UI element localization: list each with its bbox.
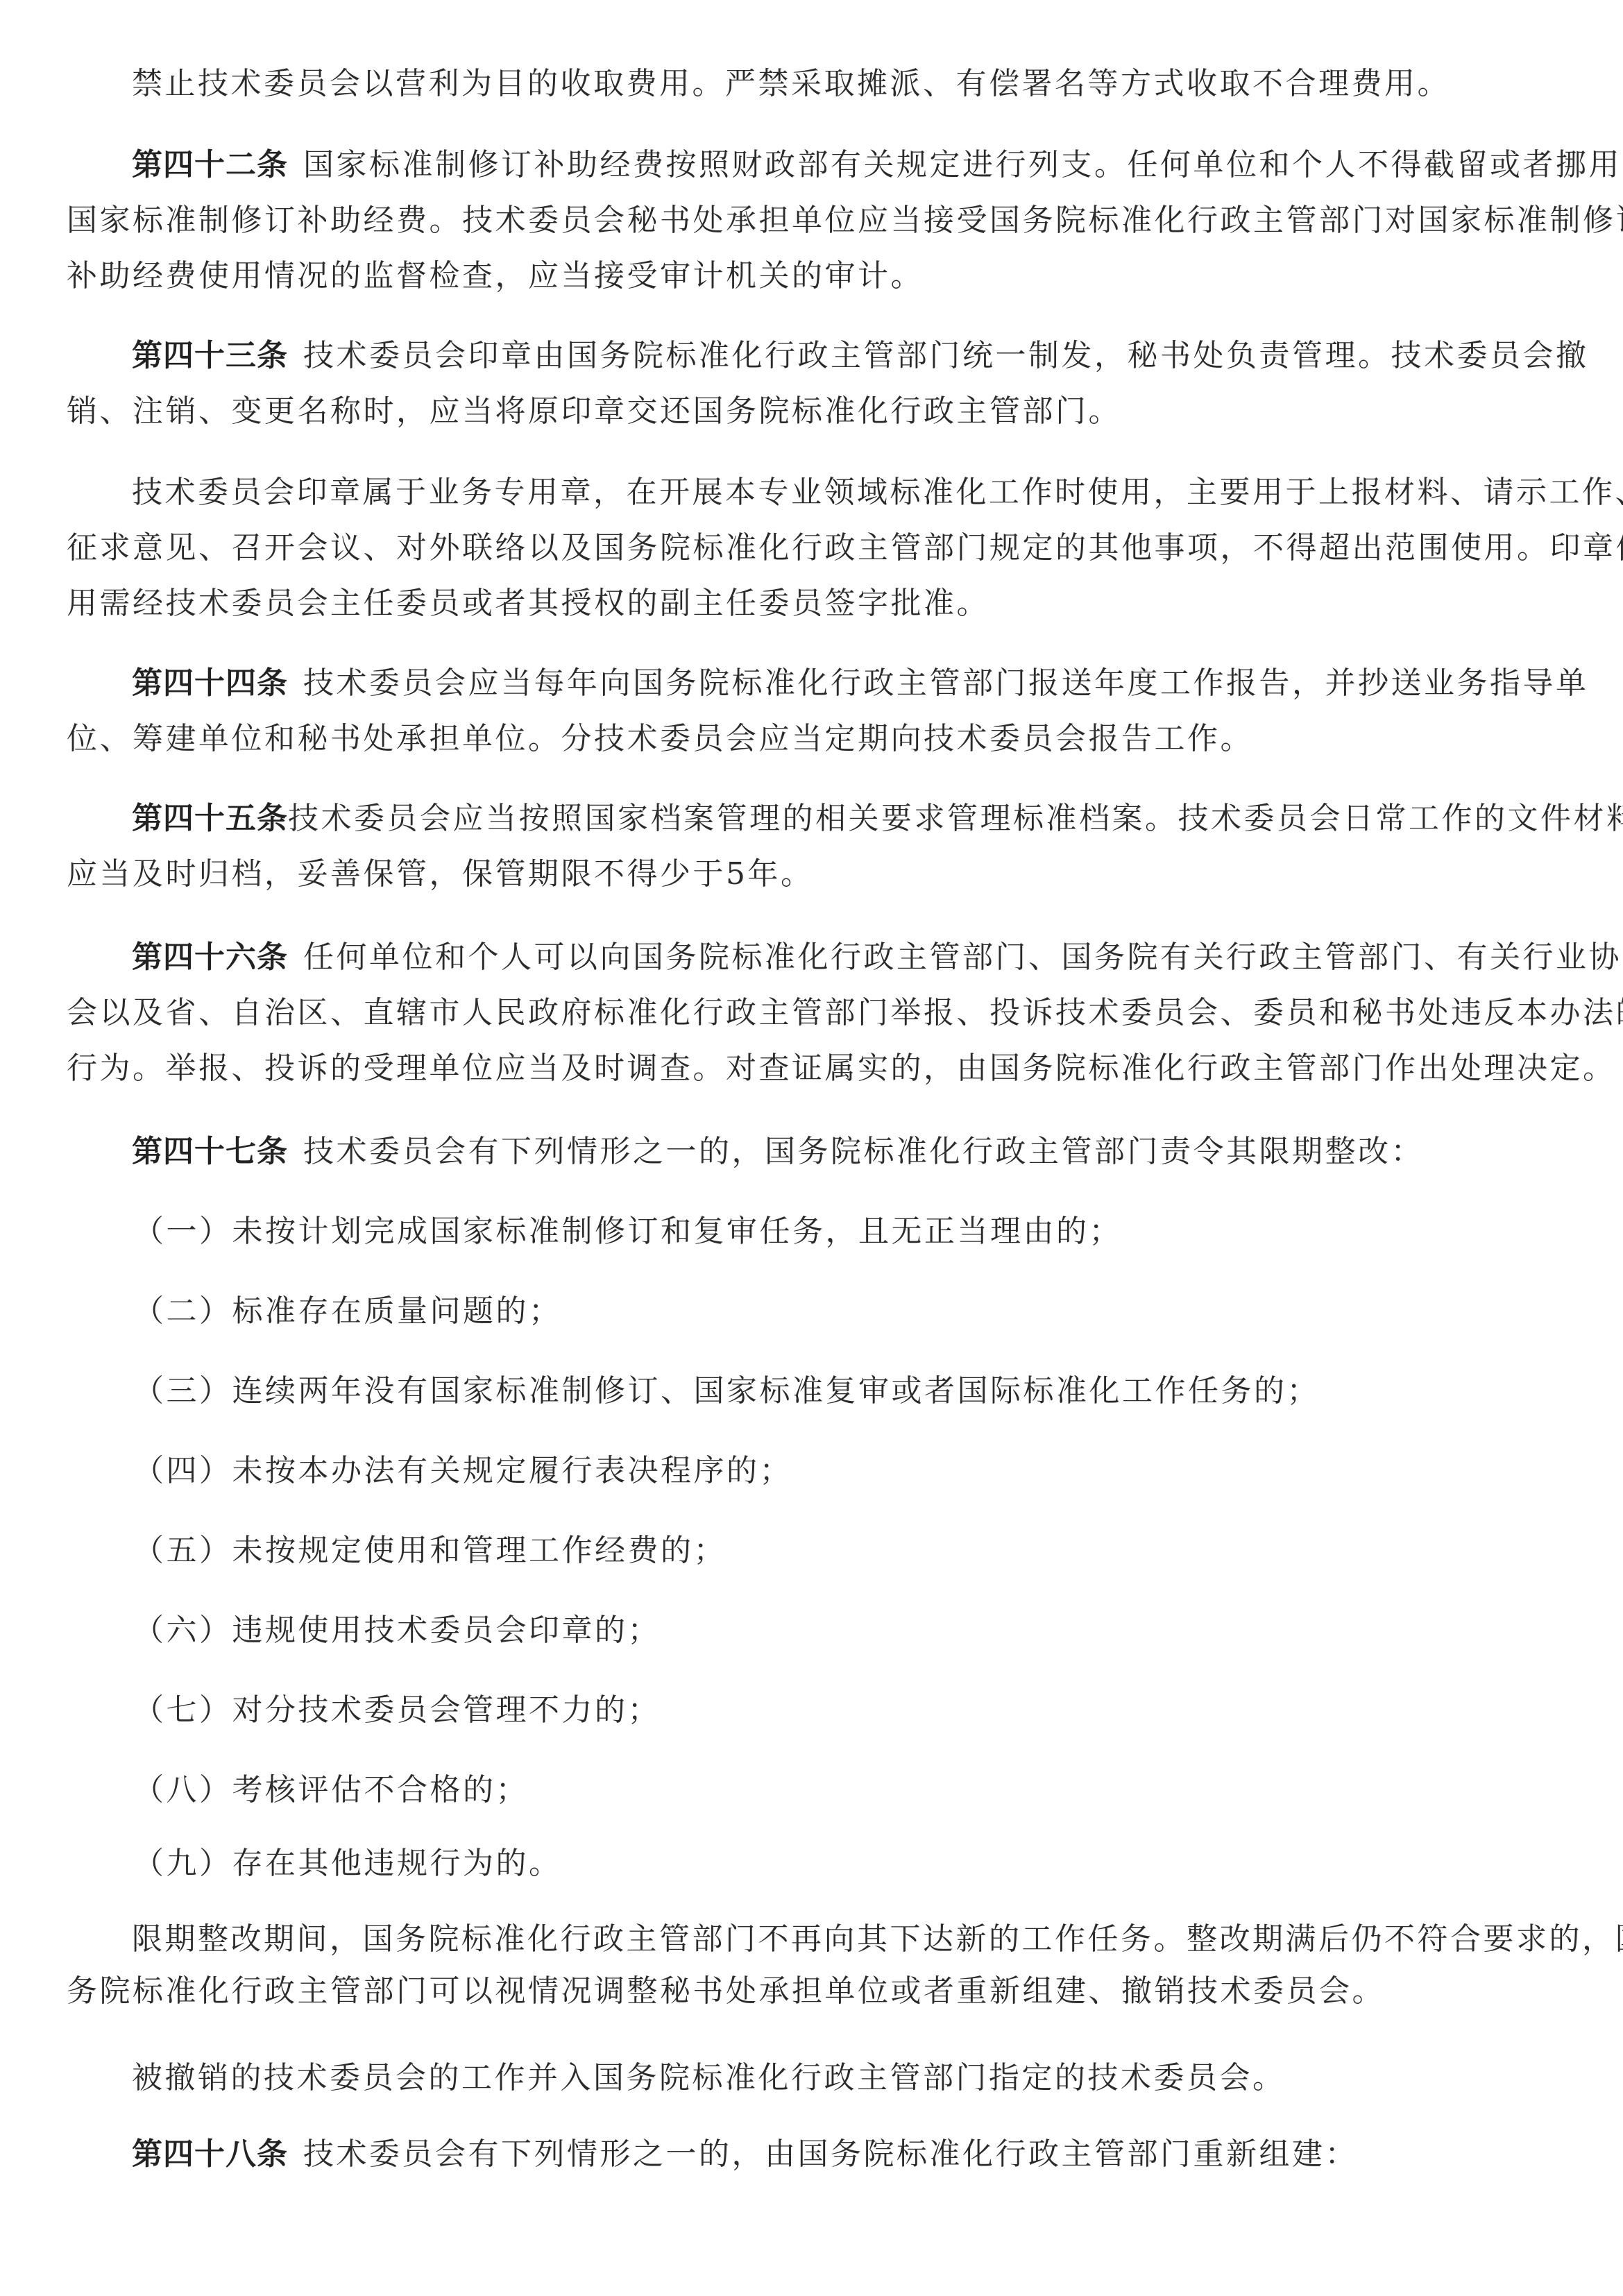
article-45-line-1: 第四十五条技术委员会应当按照国家档案管理的相关要求管理标准档案。技术委员会日常工… xyxy=(132,791,1546,847)
article-text: 国家标准制修订补助经费按照财政部有关规定进行列支。任何单位和个人不得截留或者挪用 xyxy=(303,147,1622,182)
article-43-line-1: 第四十三条技术委员会印章由国务院标准化行政主管部门统一制发，秘书处负责管理。技术… xyxy=(132,328,1546,384)
article-text: 技术委员会印章由国务院标准化行政主管部门统一制发，秘书处负责管理。技术委员会撤 xyxy=(303,338,1589,373)
article-text: 技术委员会应当按照国家档案管理的相关要求管理标准档案。技术委员会日常工作的文件材… xyxy=(288,801,1623,836)
article-46-line-3: 行为。举报、投诉的受理单位应当及时调查。对查证属实的，由国务院标准化行政主管部门… xyxy=(67,1041,1546,1096)
rectification-line-2: 务院标准化行政主管部门可以视情况调整秘书处承担单位或者重新组建、撤销技术委员会。 xyxy=(67,1964,1546,2019)
article-42-line-3: 补助经费使用情况的监督检查，应当接受审计机关的审计。 xyxy=(67,248,1546,304)
revoked-committee-line: 被撤销的技术委员会的工作并入国务院标准化行政主管部门指定的技术委员会。 xyxy=(132,2050,1546,2106)
article-label: 第四十六条 xyxy=(132,939,288,975)
article-text: 技术委员会应当每年向国务院标准化行政主管部门报送年度工作报告，并抄送业务指导单 xyxy=(303,665,1589,701)
paragraph-continuation-line: 禁止技术委员会以营利为目的收取费用。严禁采取摊派、有偿署名等方式收取不合理费用。 xyxy=(132,56,1546,112)
article-44-line-1: 第四十四条技术委员会应当每年向国务院标准化行政主管部门报送年度工作报告，并抄送业… xyxy=(132,656,1546,711)
seal-usage-line-2: 征求意见、召开会议、对外联络以及国务院标准化行政主管部门规定的其他事项，不得超出… xyxy=(67,520,1546,576)
article-42-line-1: 第四十二条国家标准制修订补助经费按照财政部有关规定进行列支。任何单位和个人不得截… xyxy=(132,137,1546,193)
article-48-line-1: 第四十八条技术委员会有下列情形之一的，由国务院标准化行政主管部门重新组建： xyxy=(132,2127,1546,2182)
list-item: （四）未按本办法有关规定履行表决程序的； xyxy=(133,1443,1546,1499)
article-label: 第四十五条 xyxy=(132,801,288,836)
article-label: 第四十三条 xyxy=(132,338,288,373)
article-label: 第四十二条 xyxy=(132,147,288,182)
article-46-line-2: 会以及省、自治区、直辖市人民政府标准化行政主管部门举报、投诉技术委员会、委员和秘… xyxy=(67,985,1546,1041)
article-label: 第四十八条 xyxy=(132,2136,288,2172)
article-42-line-2: 国家标准制修订补助经费。技术委员会秘书处承担单位应当接受国务院标准化行政主管部门… xyxy=(67,193,1546,248)
list-item: （二）标准存在质量问题的； xyxy=(133,1284,1546,1339)
list-item: （五）未按规定使用和管理工作经费的； xyxy=(133,1523,1546,1579)
list-item: （三）连续两年没有国家标准制修订、国家标准复审或者国际标准化工作任务的； xyxy=(133,1363,1546,1419)
article-47-line-1: 第四十七条技术委员会有下列情形之一的，国务院标准化行政主管部门责令其限期整改： xyxy=(132,1124,1546,1180)
article-text: 技术委员会有下列情形之一的，由国务院标准化行政主管部门重新组建： xyxy=(303,2136,1358,2172)
list-item: （七）对分技术委员会管理不力的； xyxy=(133,1683,1546,1738)
article-43-line-2: 销、注销、变更名称时，应当将原印章交还国务院标准化行政主管部门。 xyxy=(67,384,1546,439)
article-text: 任何单位和个人可以向国务院标准化行政主管部门、国务院有关行政主管部门、有关行业协 xyxy=(303,939,1622,975)
seal-usage-line-3: 用需经技术委员会主任委员或者其授权的副主任委员签字批准。 xyxy=(67,576,1546,631)
rectification-line-1: 限期整改期间，国务院标准化行政主管部门不再向其下达新的工作任务。整改期满后仍不符… xyxy=(132,1912,1546,1967)
list-item: （八）考核评估不合格的； xyxy=(133,1762,1546,1818)
seal-usage-line-1: 技术委员会印章属于业务专用章，在开展本专业领域标准化工作时使用，主要用于上报材料… xyxy=(132,465,1546,520)
article-text: 技术委员会有下列情形之一的，国务院标准化行政主管部门责令其限期整改： xyxy=(303,1134,1424,1169)
article-46-line-1: 第四十六条任何单位和个人可以向国务院标准化行政主管部门、国务院有关行政主管部门、… xyxy=(132,930,1546,985)
document-page: 禁止技术委员会以营利为目的收取费用。严禁采取摊派、有偿署名等方式收取不合理费用。… xyxy=(0,0,1623,2296)
list-item: （九）存在其他违规行为的。 xyxy=(133,1836,1546,1891)
article-44-line-2: 位、筹建单位和秘书处承担单位。分技术委员会应当定期向技术委员会报告工作。 xyxy=(67,711,1546,767)
list-item: （六）违规使用技术委员会印章的； xyxy=(133,1603,1546,1658)
article-45-line-2: 应当及时归档，妥善保管，保管期限不得少于5年。 xyxy=(67,847,1546,902)
article-label: 第四十七条 xyxy=(132,1134,288,1169)
article-label: 第四十四条 xyxy=(132,665,288,701)
list-item: （一）未按计划完成国家标准制修订和复审任务，且无正当理由的； xyxy=(133,1204,1546,1259)
